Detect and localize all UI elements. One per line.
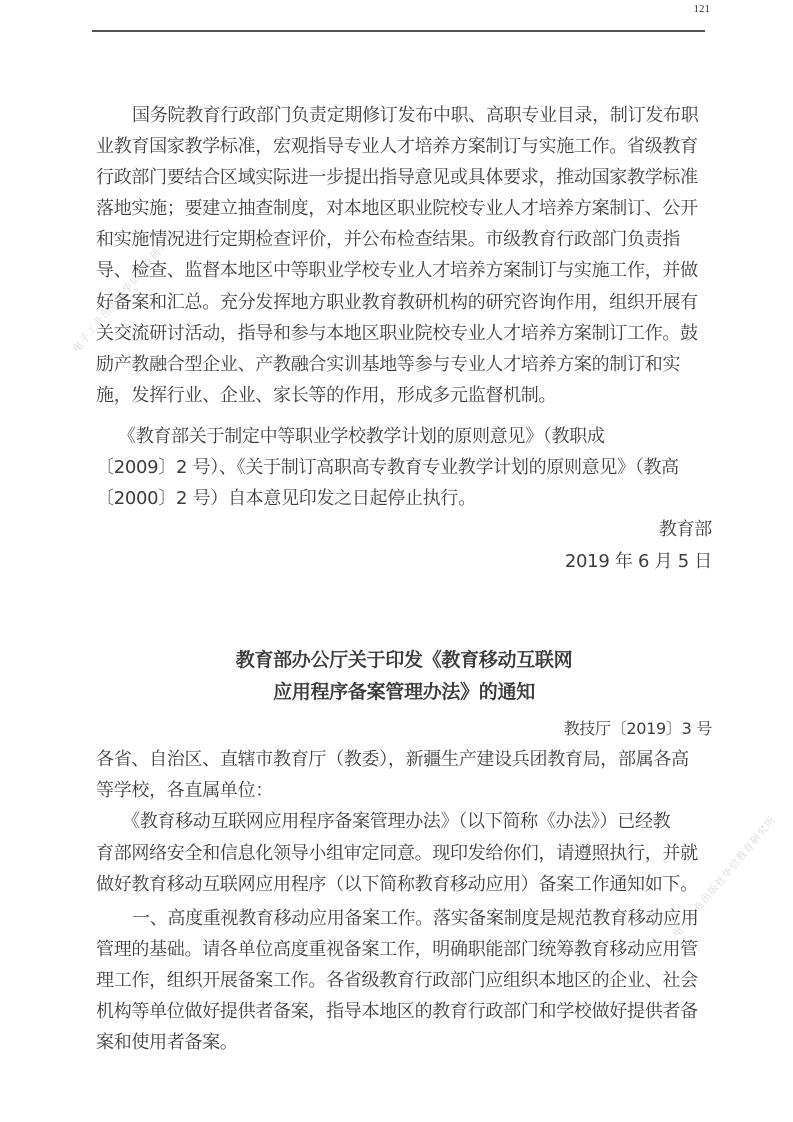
paragraph-line: 导、检查、监督本地区中等职业学校专业人才培养方案制订与实施工作，并做	[96, 255, 712, 286]
paragraph-line: 励产教融合型企业、产教融合实训基地等参与专业人才培养方案的制订和实	[96, 349, 712, 380]
paragraph-line: 等学校，各直属单位：	[96, 775, 712, 806]
paragraph-line: 〔2009〕2 号）、《关于制订高职高专教育专业教学计划的原则意见》（教高	[96, 452, 712, 483]
paragraph-line: 管理的基础。请各单位高度重视备案工作，明确职能部门统筹教育移动应用管	[96, 934, 712, 965]
paragraph-line: 各省、自治区、直辖市教育厅（教委），新疆生产建设兵团教育局，部属各高	[96, 744, 712, 775]
paragraph-line: 好备案和汇总。充分发挥地方职业教育教研机构的研究咨询作用，组织开展有	[96, 287, 712, 318]
paragraph-line: 育部网络安全和信息化领导小组审定同意。现印发给你们，请遵照执行，并就	[96, 838, 712, 869]
notice-title-line2: 应用程序备案管理办法》的通知	[96, 677, 712, 708]
paragraph-line: 行政部门要结合区域实际进一步提出指导意见或具体要求，推动国家教学标准	[96, 162, 712, 193]
paragraph-line: 关交流研讨活动，指导和参与本地区职业院校专业人才培养方案制订工作。鼓	[96, 318, 712, 349]
paragraph-line: 机构等单位做好提供者备案，指导本地区的教育行政部门和学校做好提供者备	[96, 996, 712, 1027]
paragraph-line: 〔2000〕2 号）自本意见印发之日起停止执行。	[96, 483, 712, 514]
paragraph-line: 和实施情况进行定期检查评价，并公布检查结果。市级教育行政部门负责指	[96, 224, 712, 255]
paragraph-line: 业教育国家教学标准，宏观指导专业人才培养方案制订与实施工作。省级教育	[96, 131, 712, 162]
paragraph-line: 做好教育移动互联网应用程序（以下简称教育移动应用）备案工作通知如下。	[96, 869, 712, 900]
header-rule	[92, 30, 705, 32]
paragraph-line: 国务院教育行政部门负责定期修订发布中职、高职专业目录，制订发布职	[96, 100, 712, 131]
paragraph-line: 案和使用者备案。	[96, 1027, 712, 1058]
paragraph-line: 一、高度重视教育移动应用备案工作。落实备案制度是规范教育移动应用	[96, 903, 712, 934]
document-number: 教技厅〔2019〕3 号	[96, 713, 712, 744]
paragraph-line: 《教育部关于制定中等职业学校教学计划的原则意见》（教职成	[96, 421, 712, 452]
page-number: 121	[694, 3, 711, 15]
paragraph-line: 《教育移动互联网应用程序备案管理办法》（以下简称《办法》）已经教	[96, 806, 712, 837]
date: 2019 年 6 月 5 日	[96, 546, 712, 577]
signature: 教育部	[96, 514, 712, 545]
paragraph-line: 落地实施；要建立抽查制度，对本地区职业院校专业人才培养方案制订、公开	[96, 193, 712, 224]
paragraph-line: 施，发挥行业、企业、家长等的作用，形成多元监督机制。	[96, 380, 712, 411]
paragraph-line: 理工作，组织开展备案工作。各省级教育行政部门应组织本地区的企业、社会	[96, 965, 712, 996]
notice-title-line1: 教育部办公厅关于印发《教育移动互联网	[96, 645, 712, 676]
